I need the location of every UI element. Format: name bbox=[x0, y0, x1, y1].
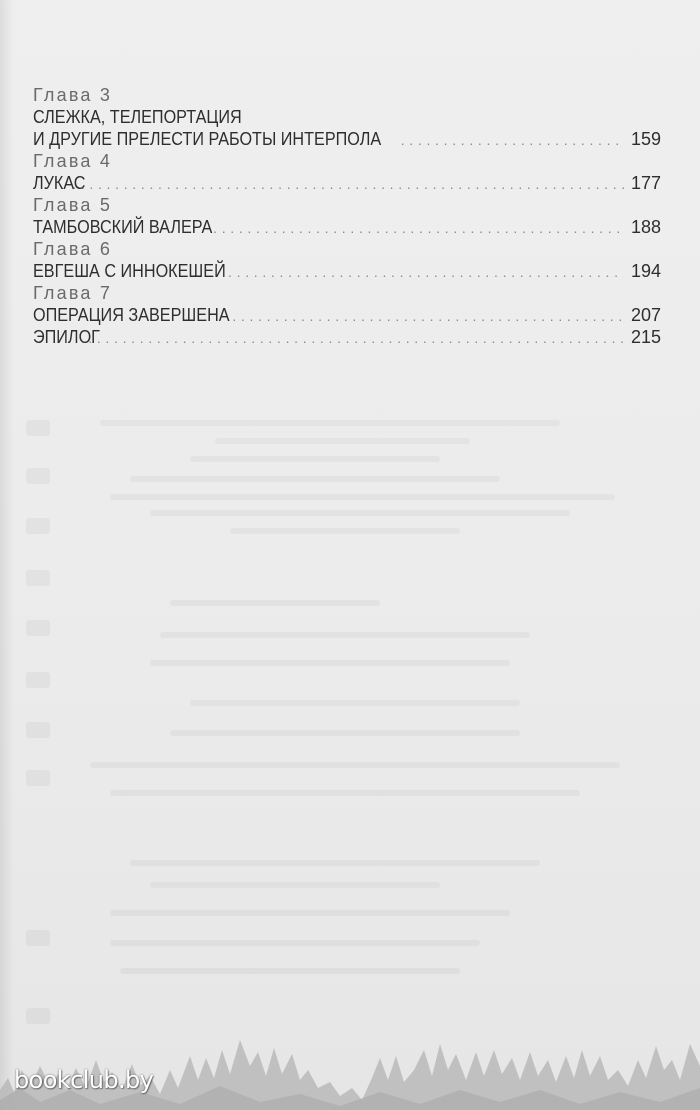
page-number: 159 bbox=[627, 128, 661, 150]
dot-leader bbox=[88, 327, 624, 349]
toc-entry-chapter-5: Глава 5 ТАМБОВСКИЙ ВАЛЕРА 188 bbox=[33, 194, 661, 238]
dot-leader bbox=[401, 129, 624, 151]
toc-link[interactable]: ТАМБОВСКИЙ ВАЛЕРА 188 bbox=[33, 216, 661, 238]
chapter-title: ЛУКАС bbox=[33, 172, 86, 194]
dot-leader bbox=[232, 305, 624, 327]
toc-entry-chapter-4: Глава 4 ЛУКАС 177 bbox=[33, 150, 661, 194]
chapter-title-line: СЛЕЖКА, ТЕЛЕПОРТАЦИЯ bbox=[33, 106, 661, 128]
page-number: 215 bbox=[627, 326, 661, 348]
toc-entry-chapter-3: Глава 3 СЛЕЖКА, ТЕЛЕПОРТАЦИЯ И ДРУГИЕ ПР… bbox=[33, 84, 661, 150]
toc-link[interactable]: И ДРУГИЕ ПРЕЛЕСТИ РАБОТЫ ИНТЕРПОЛА 159 bbox=[33, 128, 661, 150]
page-number: 194 bbox=[627, 260, 661, 282]
chapter-title: ЭПИЛОГ bbox=[33, 326, 100, 348]
table-of-contents: Глава 3 СЛЕЖКА, ТЕЛЕПОРТАЦИЯ И ДРУГИЕ ПР… bbox=[33, 84, 661, 348]
page-number: 177 bbox=[627, 172, 661, 194]
chapter-label: Глава 4 bbox=[33, 150, 661, 172]
chapter-label: Глава 7 bbox=[33, 282, 661, 304]
chapter-title: ЕВГЕША С ИННОКЕШЕЙ bbox=[33, 260, 226, 282]
chapter-label: Глава 5 bbox=[33, 194, 661, 216]
chapter-label: Глава 3 bbox=[33, 84, 661, 106]
page-number: 207 bbox=[627, 304, 661, 326]
dot-leader bbox=[213, 217, 624, 239]
toc-link[interactable]: ЭПИЛОГ 215 bbox=[33, 326, 661, 348]
watermark-logo: bookclub.by bbox=[14, 1066, 153, 1094]
chapter-title: ТАМБОВСКИЙ ВАЛЕРА bbox=[33, 216, 212, 238]
toc-entry-chapter-7: Глава 7 ОПЕРАЦИЯ ЗАВЕРШЕНА 207 bbox=[33, 282, 661, 326]
dot-leader bbox=[228, 261, 624, 283]
toc-link[interactable]: ОПЕРАЦИЯ ЗАВЕРШЕНА 207 bbox=[33, 304, 661, 326]
chapter-title: И ДРУГИЕ ПРЕЛЕСТИ РАБОТЫ ИНТЕРПОЛА bbox=[33, 128, 381, 150]
dot-leader bbox=[72, 173, 624, 195]
page-number: 188 bbox=[627, 216, 661, 238]
toc-entry-chapter-6: Глава 6 ЕВГЕША С ИННОКЕШЕЙ 194 bbox=[33, 238, 661, 282]
chapter-label: Глава 6 bbox=[33, 238, 661, 260]
toc-link[interactable]: ЕВГЕША С ИННОКЕШЕЙ 194 bbox=[33, 260, 661, 282]
toc-link[interactable]: ЛУКАС 177 bbox=[33, 172, 661, 194]
toc-entry-epilogue: ЭПИЛОГ 215 bbox=[33, 326, 661, 348]
chapter-title: ОПЕРАЦИЯ ЗАВЕРШЕНА bbox=[33, 304, 230, 326]
